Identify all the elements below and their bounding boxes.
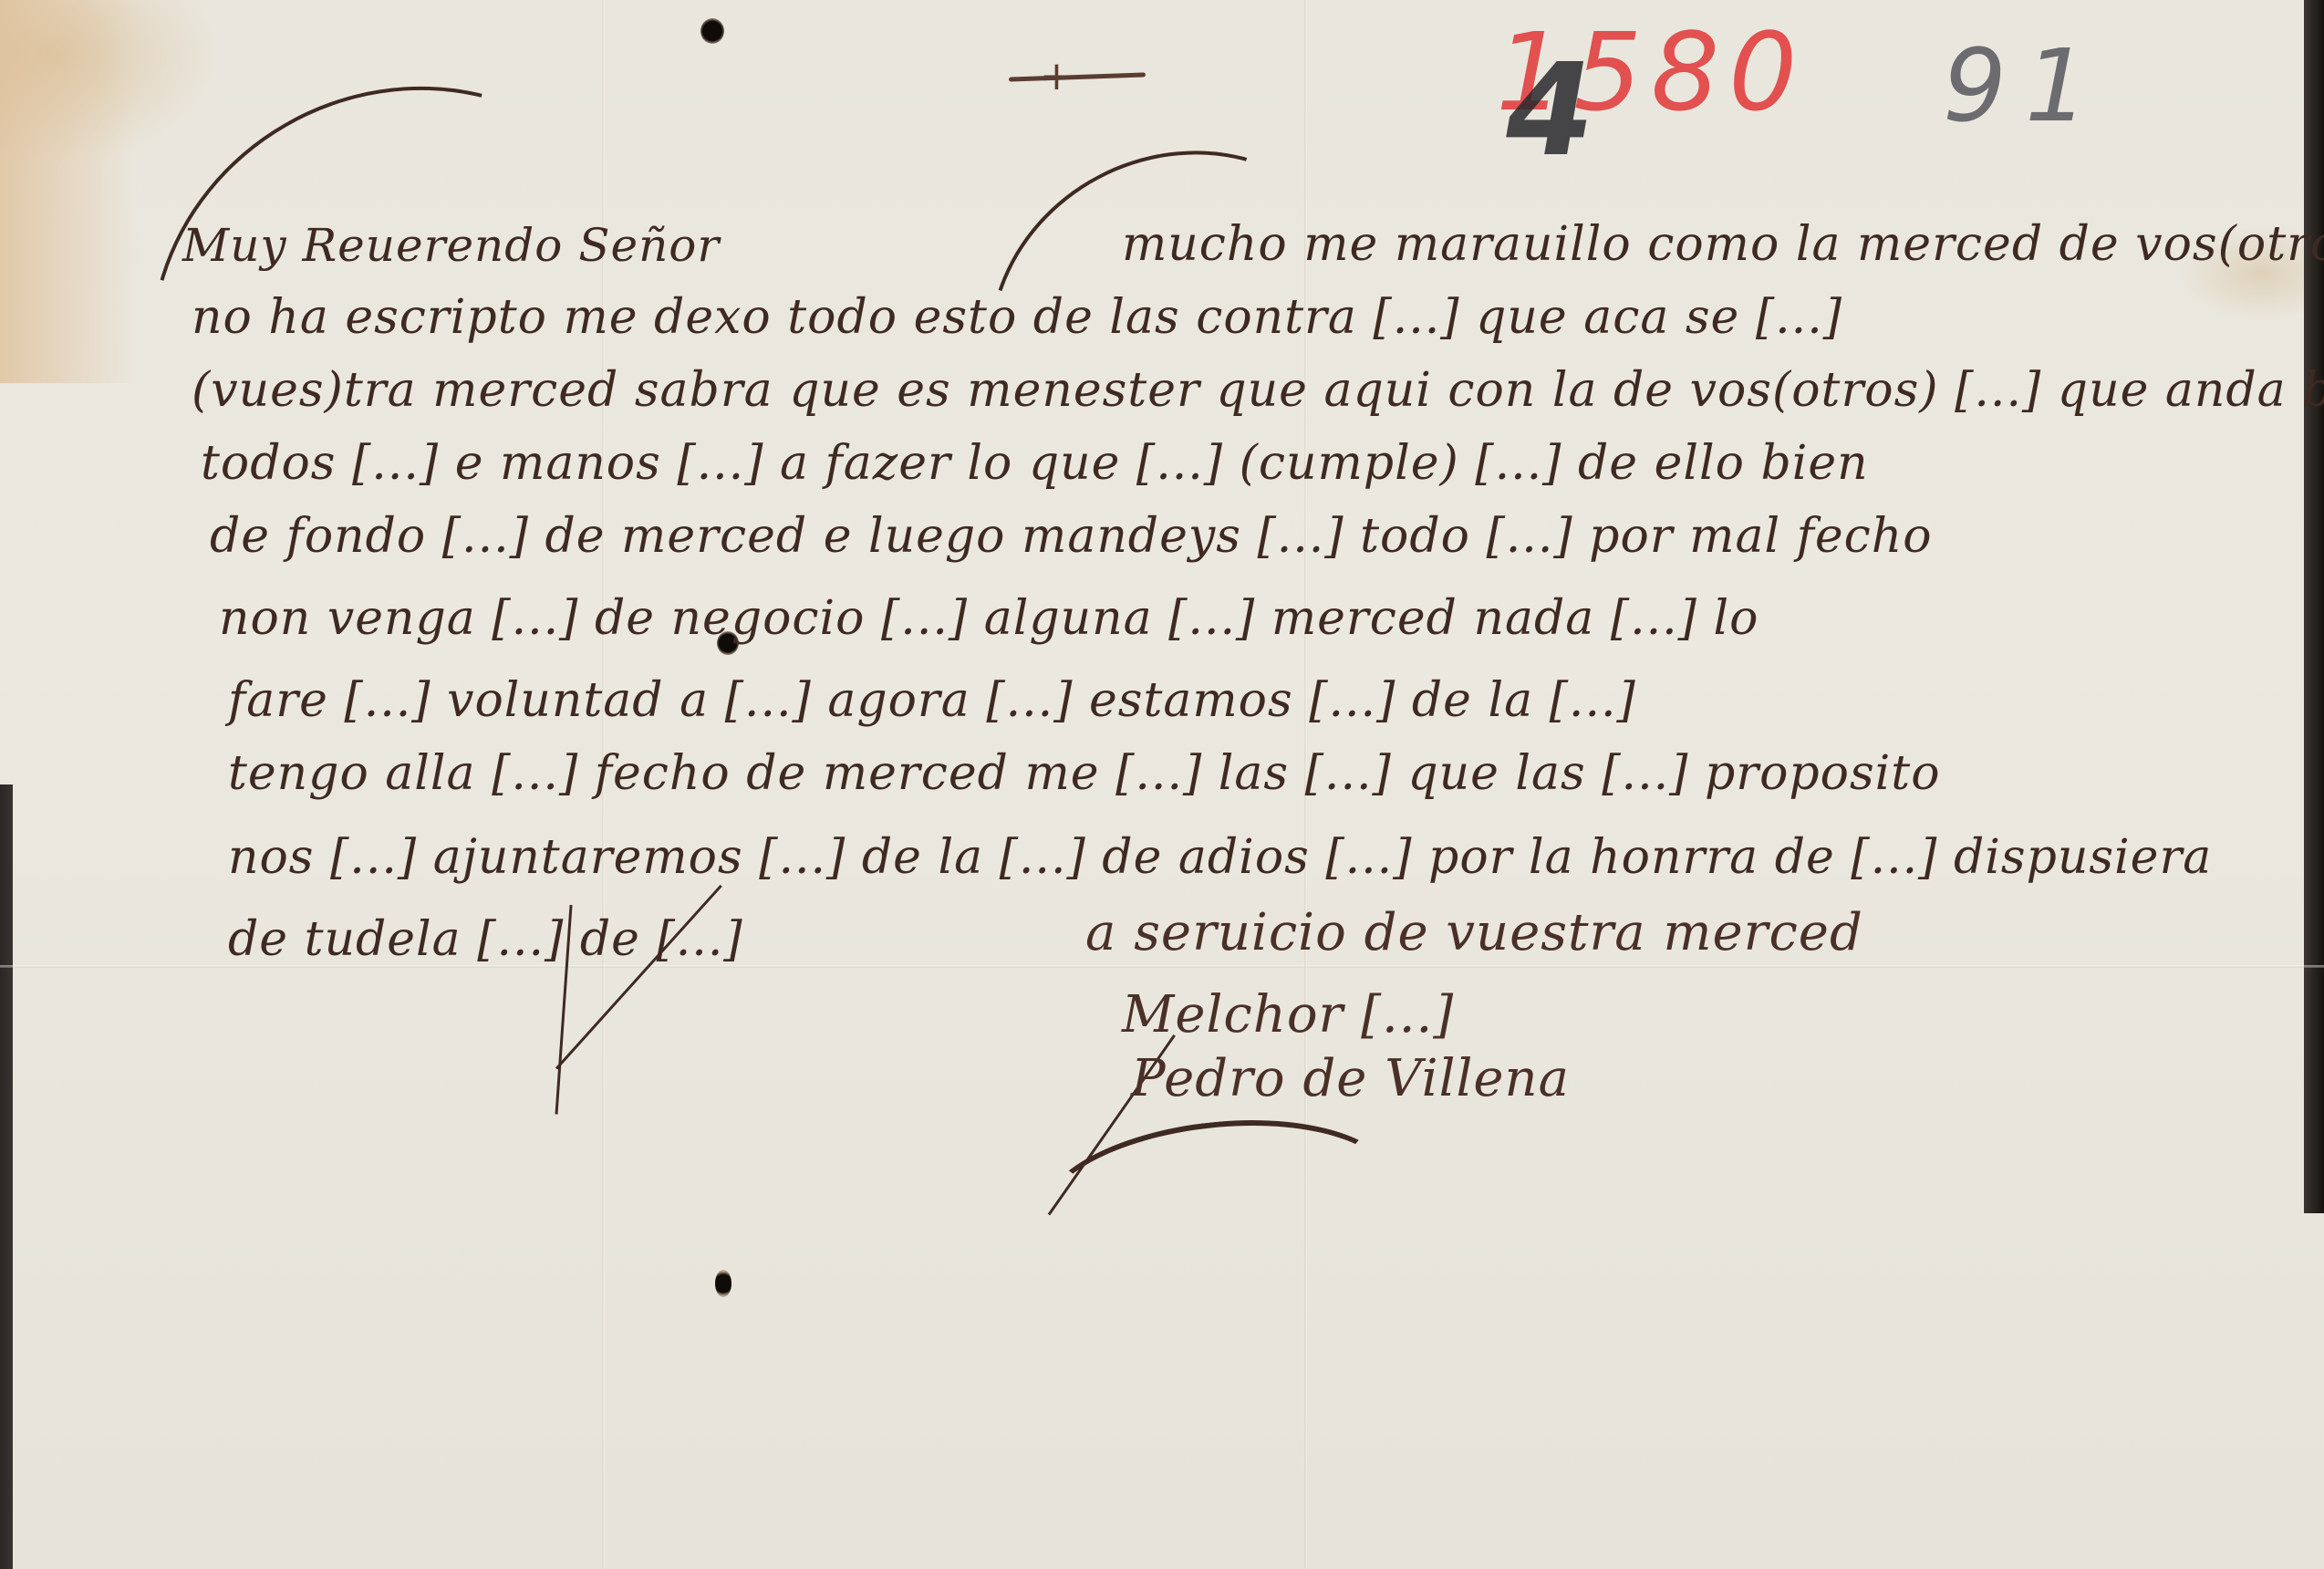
archival-pencil-number: 91 [1943, 27, 2107, 144]
water-stain [0, 0, 137, 383]
signature-flourish [1032, 1104, 1405, 1297]
invocation-cross: + [1040, 53, 1074, 99]
body-line: no ha escripto me dexo todo esto de las … [192, 290, 1842, 345]
body-line: mucho me marauillo como la merced de vos… [1122, 217, 2324, 272]
scan-background-edge [0, 784, 13, 1569]
body-line: todos [...] e manos [...] a fazer lo que… [201, 436, 1869, 491]
signature: Melchor [...] [1122, 985, 1454, 1044]
body-line: tengo alla [...] fecho de merced me [...… [228, 746, 1941, 801]
body-line: fare [...] voluntad a [...] agora [...] … [228, 673, 1636, 728]
body-line: (vues)tra merced sabra que es menester q… [192, 363, 2324, 418]
body-line: de tudela [...] de [...] [228, 912, 743, 967]
worm-hole [715, 1270, 731, 1297]
body-line: de fondo [...] de merced e luego mandeys… [210, 509, 1933, 564]
worm-hole [700, 18, 724, 44]
manuscript-page: 1580 4 91 + Muy Reuerendo Señor mucho me… [0, 0, 2324, 1569]
closing-formula: a seruicio de vuestra merced [1085, 903, 1863, 962]
scan-background-edge [2304, 0, 2324, 1213]
body-line: non venga [...] de negocio [...] alguna … [219, 591, 1759, 646]
signature: Pedro de Villena [1131, 1049, 1570, 1108]
salutation: Muy Reuerendo Señor [182, 219, 720, 272]
body-line: nos [...] ajuntaremos [...] de la [...] … [228, 830, 2212, 885]
